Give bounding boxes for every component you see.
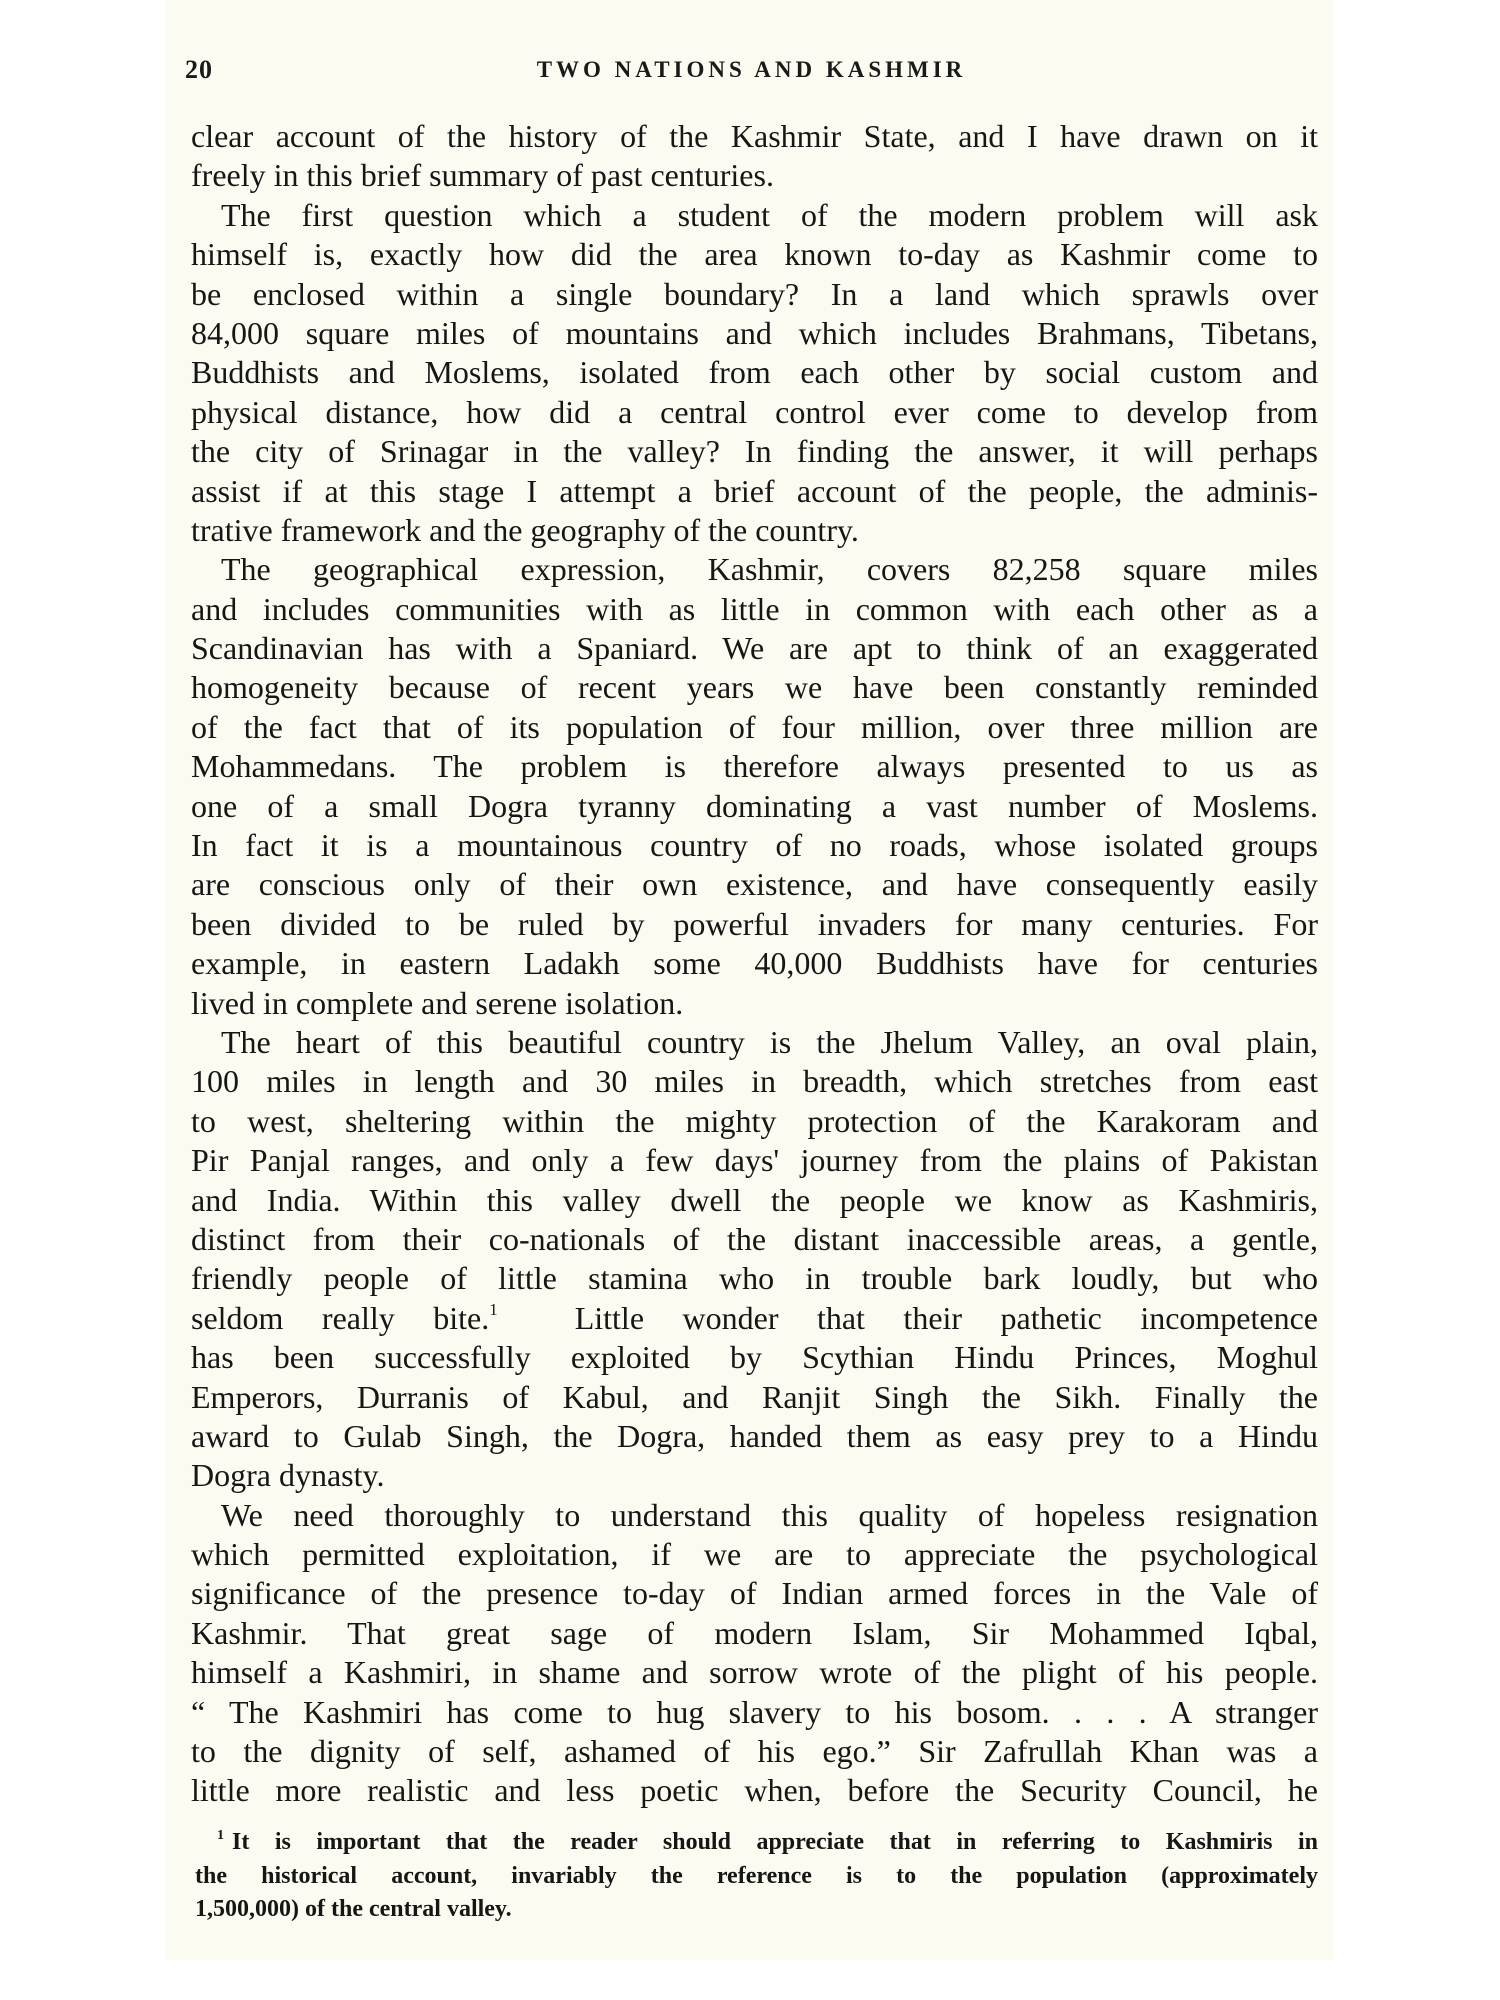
text-line: himself is, exactly how did the area kno… (191, 235, 1318, 274)
text-segment: Little wonder that their pathetic incomp… (498, 1300, 1318, 1336)
text-line: distinct from their co-nationals of the … (191, 1220, 1318, 1259)
running-head-title: TWO NATIONS AND KASHMIR (185, 57, 1318, 83)
text-line: The heart of this beautiful country is t… (191, 1023, 1318, 1062)
text-line: of the fact that of its population of fo… (191, 708, 1318, 747)
text-line: physical distance, how did a central con… (191, 393, 1318, 432)
text-line: the city of Srinagar in the valley? In f… (191, 432, 1318, 471)
text-line: and includes communities with as little … (191, 590, 1318, 629)
text-line: seldom really bite.1 Little wonder that … (191, 1299, 1318, 1338)
text-line: Buddhists and Moslems, isolated from eac… (191, 353, 1318, 392)
footnote-text: It is important that the reader should a… (232, 1829, 1318, 1855)
text-line: Emperors, Durranis of Kabul, and Ranjit … (191, 1378, 1318, 1417)
text-line: award to Gulab Singh, the Dogra, handed … (191, 1417, 1318, 1456)
text-line: The first question which a student of th… (191, 196, 1318, 235)
text-line: assist if at this stage I attempt a brie… (191, 472, 1318, 511)
text-line: one of a small Dogra tyranny dominating … (191, 787, 1318, 826)
text-line: been divided to be ruled by powerful inv… (191, 905, 1318, 944)
text-line: Kashmir. That great sage of modern Islam… (191, 1614, 1318, 1653)
footnote-marker: 1 (217, 1828, 224, 1843)
text-line: are conscious only of their own existenc… (191, 865, 1318, 904)
text-line: and India. Within this valley dwell the … (191, 1181, 1318, 1220)
text-line: Mohammedans. The problem is therefore al… (191, 747, 1318, 786)
footnote-reference[interactable]: 1 (489, 1300, 498, 1319)
book-page: 20 TWO NATIONS AND KASHMIR clear account… (165, 0, 1333, 1960)
text-line: Dogra dynasty. (191, 1456, 1318, 1495)
text-line: has been successfully exploited by Scyth… (191, 1338, 1318, 1377)
text-line: himself a Kashmiri, in shame and sorrow … (191, 1653, 1318, 1692)
text-line: clear account of the history of the Kash… (191, 117, 1318, 156)
text-line: The geographical expression, Kashmir, co… (191, 550, 1318, 589)
text-segment: seldom really bite. (191, 1300, 489, 1336)
text-line: In fact it is a mountainous country of n… (191, 826, 1318, 865)
text-line: friendly people of little stamina who in… (191, 1259, 1318, 1298)
body-text: clear account of the history of the Kash… (191, 117, 1318, 1811)
running-head: 20 TWO NATIONS AND KASHMIR (185, 55, 1318, 91)
text-line: homogeneity because of recent years we h… (191, 668, 1318, 707)
footnotes: 1It is important that the reader should … (195, 1826, 1318, 1927)
footnote-line: 1,500,000) of the central valley. (195, 1893, 1318, 1927)
footnote-line: 1It is important that the reader should … (195, 1826, 1318, 1860)
text-line: to the dignity of self, ashamed of his e… (191, 1732, 1318, 1771)
text-line: freely in this brief summary of past cen… (191, 156, 1318, 195)
text-line: which permitted exploitation, if we are … (191, 1535, 1318, 1574)
text-line: 100 miles in length and 30 miles in brea… (191, 1062, 1318, 1101)
text-line: Pir Panjal ranges, and only a few days' … (191, 1141, 1318, 1180)
text-line: “ The Kashmiri has come to hug slavery t… (191, 1693, 1318, 1732)
text-line: trative framework and the geography of t… (191, 511, 1318, 550)
text-line: example, in eastern Ladakh some 40,000 B… (191, 944, 1318, 983)
text-line: We need thoroughly to understand this qu… (191, 1496, 1318, 1535)
text-line: significance of the presence to-day of I… (191, 1574, 1318, 1613)
text-line: little more realistic and less poetic wh… (191, 1771, 1318, 1810)
text-line: to west, sheltering within the mighty pr… (191, 1102, 1318, 1141)
text-line: 84,000 square miles of mountains and whi… (191, 314, 1318, 353)
text-line: lived in complete and serene isolation. (191, 984, 1318, 1023)
footnote-line: the historical account, invariably the r… (195, 1860, 1318, 1894)
text-line: be enclosed within a single boundary? In… (191, 275, 1318, 314)
text-line: Scandinavian has with a Spaniard. We are… (191, 629, 1318, 668)
